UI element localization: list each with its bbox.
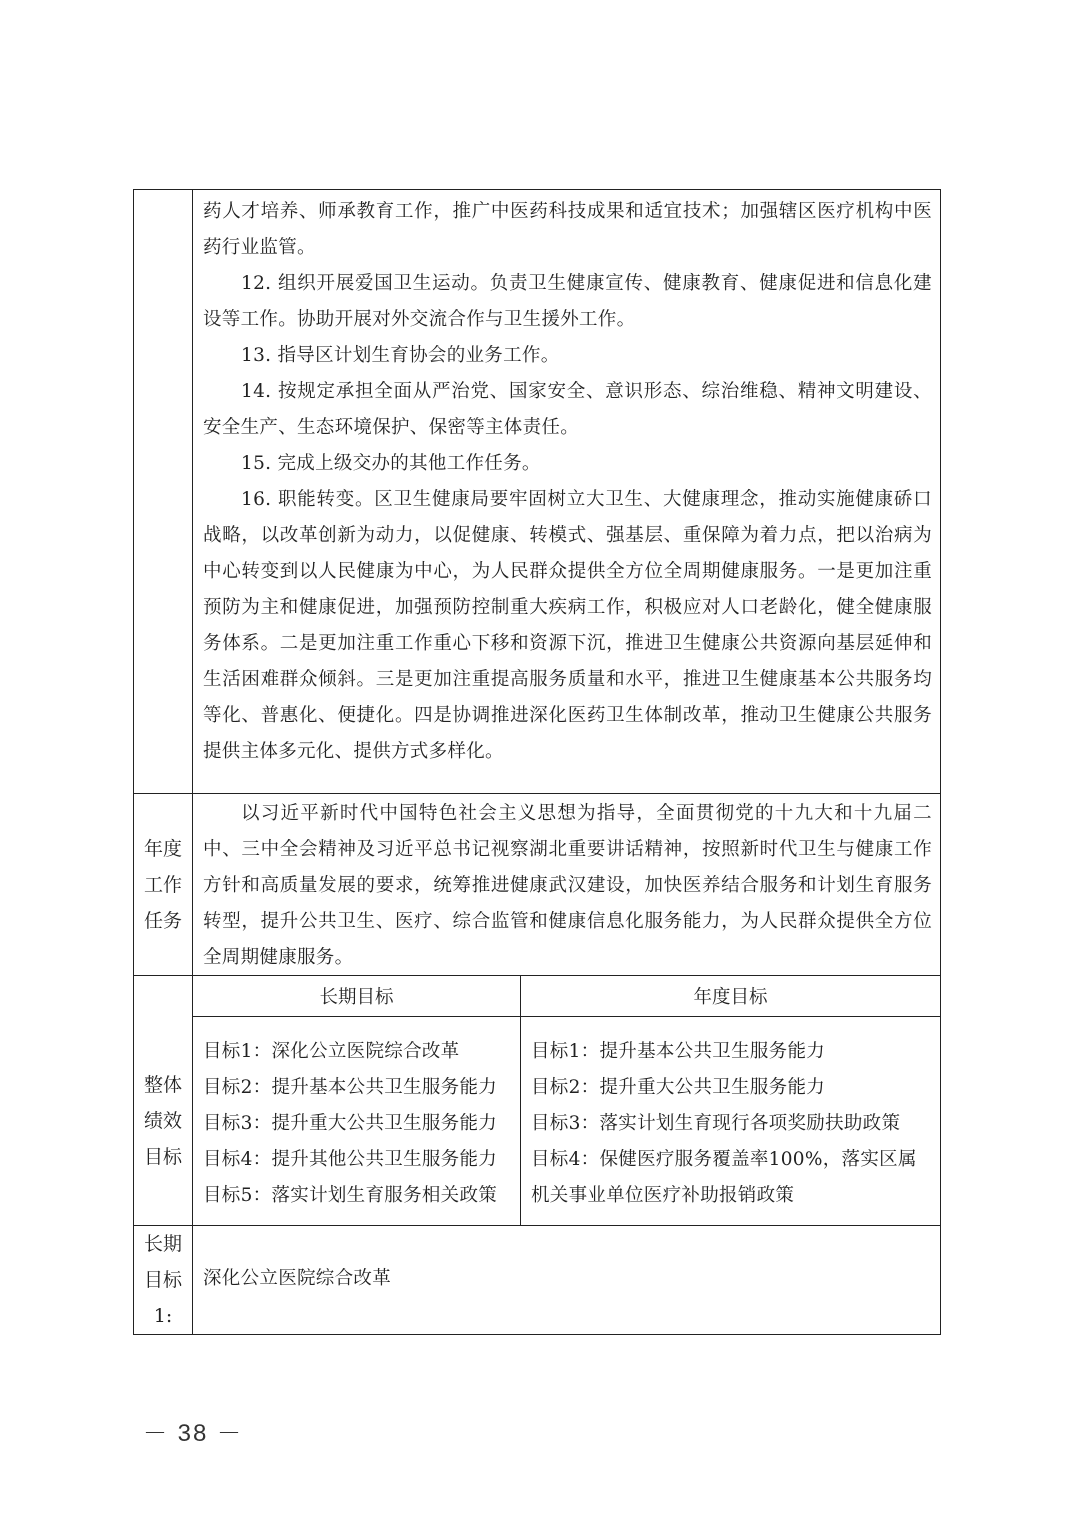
page-number: － 38 － xyxy=(143,1413,243,1448)
goals-header-row: 长期目标 年度目标 xyxy=(193,976,940,1017)
annual-header: 年度目标 xyxy=(521,976,940,1016)
annual-tasks-text: 以习近平新时代中国特色社会主义思想为指导，全面贯彻党的十九大和十九届二中、三中全… xyxy=(203,796,932,976)
duty-paragraph: 14. 按规定承担全面从严治党、国家安全、意识形态、综治维稳、精神文明建设、安全… xyxy=(203,374,932,446)
duties-row: 药人才培养、师承教育工作，推广中医药科技成果和适宜技术；加强辖区医疗机构中医药行… xyxy=(134,190,940,793)
annual-tasks-content: 以习近平新时代中国特色社会主义思想为指导，全面贯彻党的十九大和十九届二中、三中全… xyxy=(193,794,940,975)
performance-table: 药人才培养、师承教育工作，推广中医药科技成果和适宜技术；加强辖区医疗机构中医药行… xyxy=(133,189,941,1335)
goals-subtable: 长期目标 年度目标 目标1：深化公立医院综合改革 目标2：提升基本公共卫生服务能… xyxy=(193,976,940,1225)
long-term-goals-list: 目标1：深化公立医院综合改革 目标2：提升基本公共卫生服务能力 目标3：提升重大… xyxy=(193,1017,521,1225)
duty-paragraph: 15. 完成上级交办的其他工作任务。 xyxy=(203,446,932,482)
long-term-goal: 目标1：深化公立医院综合改革 xyxy=(203,1034,514,1070)
long-term-goal: 目标2：提升基本公共卫生服务能力 xyxy=(203,1070,514,1106)
annual-goal: 目标2：提升重大公共卫生服务能力 xyxy=(531,1070,934,1106)
annual-goals-list: 目标1：提升基本公共卫生服务能力 目标2：提升重大公共卫生服务能力 目标3：落实… xyxy=(521,1017,940,1225)
label-line: 目标 xyxy=(144,1262,182,1298)
goals-body-row: 目标1：深化公立医院综合改革 目标2：提升基本公共卫生服务能力 目标3：提升重大… xyxy=(193,1017,940,1225)
label-line: 工作 xyxy=(144,867,182,903)
annual-tasks-label: 年度 工作 任务 xyxy=(134,794,193,975)
label-line: 任务 xyxy=(144,903,182,939)
annual-goal: 目标3：落实计划生育现行各项奖励扶助政策 xyxy=(531,1106,934,1142)
label-line: 1: xyxy=(144,1298,182,1334)
duties-content: 药人才培养、师承教育工作，推广中医药科技成果和适宜技术；加强辖区医疗机构中医药行… xyxy=(193,190,940,793)
annual-goal: 目标1：提升基本公共卫生服务能力 xyxy=(531,1034,934,1070)
long-term-goal: 目标4：提升其他公共卫生服务能力 xyxy=(203,1142,514,1178)
duty-paragraph: 12. 组织开展爱国卫生运动。负责卫生健康宣传、健康教育、健康促进和信息化建设等… xyxy=(203,266,932,338)
label-line: 绩效 xyxy=(144,1103,182,1139)
long-term-goal-1-row: 长期 目标 1: 深化公立医院综合改革 xyxy=(134,1225,940,1334)
long-term-goal: 目标3：提升重大公共卫生服务能力 xyxy=(203,1106,514,1142)
long-term-goal: 目标5：落实计划生育服务相关政策 xyxy=(203,1178,514,1214)
label-line: 整体 xyxy=(144,1067,182,1103)
duty-paragraph: 药人才培养、师承教育工作，推广中医药科技成果和适宜技术；加强辖区医疗机构中医药行… xyxy=(203,194,932,266)
label-line: 长期 xyxy=(144,1226,182,1262)
long-term-goal-1-content: 深化公立医院综合改革 xyxy=(193,1226,940,1334)
overall-goals-label: 整体 绩效 目标 xyxy=(134,976,193,1225)
label-line: 年度 xyxy=(144,831,182,867)
annual-goal: 目标4：保健医疗服务覆盖率100%，落实区属机关事业单位医疗补助报销政策 xyxy=(531,1142,934,1214)
duties-label-cell xyxy=(134,190,193,793)
annual-tasks-row: 年度 工作 任务 以习近平新时代中国特色社会主义思想为指导，全面贯彻党的十九大和… xyxy=(134,793,940,975)
long-term-goal-1-label: 长期 目标 1: xyxy=(134,1226,193,1334)
label-line: 目标 xyxy=(144,1139,182,1175)
overall-goals-row: 整体 绩效 目标 长期目标 年度目标 目标1：深化公立医院综合改革 目标2：提升… xyxy=(134,975,940,1225)
long-term-header: 长期目标 xyxy=(193,976,521,1016)
duty-paragraph: 16. 职能转变。区卫生健康局要牢固树立大卫生、大健康理念，推动实施健康硚口战略… xyxy=(203,482,932,770)
long-term-goal-1-text: 深化公立医院综合改革 xyxy=(203,1261,391,1297)
duty-paragraph: 13. 指导区计划生育协会的业务工作。 xyxy=(203,338,932,374)
